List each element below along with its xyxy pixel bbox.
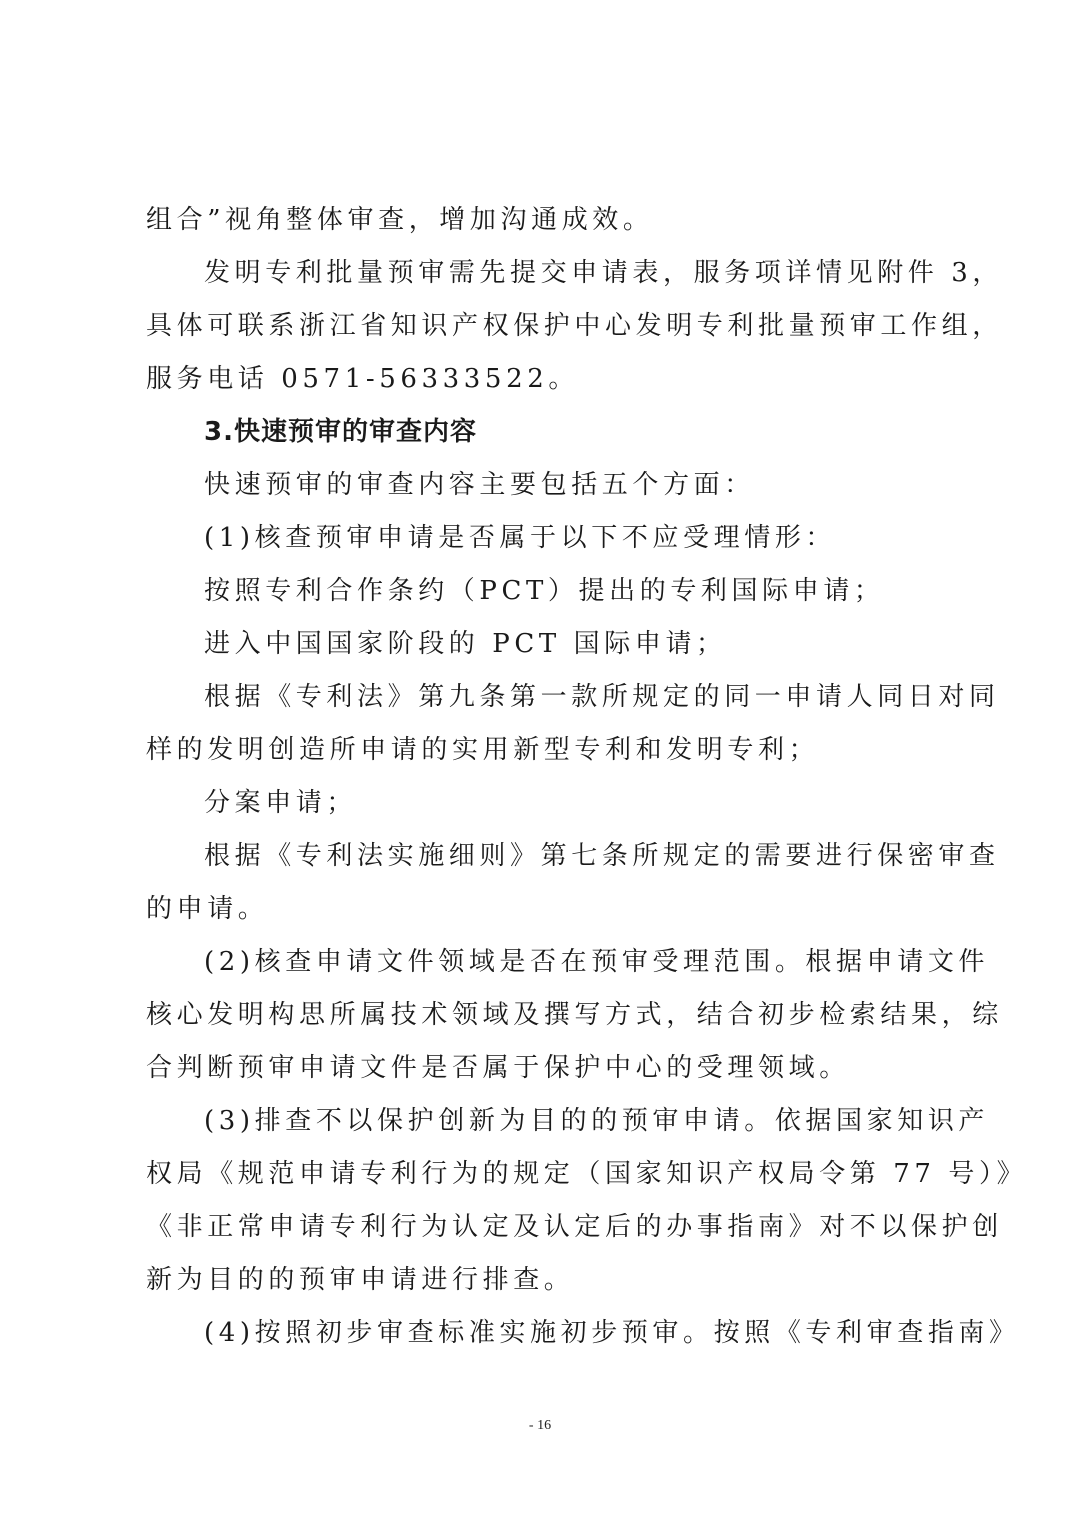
text-line: (1)核查预审申请是否属于以下不应受理情形：: [204, 523, 946, 553]
text-line: 根据《专利法实施细则》第七条所规定的需要进行保密审查: [204, 841, 946, 871]
text-line: 按照专利合作条约（PCT）提出的专利国际申请；: [204, 576, 946, 606]
text-line: (2)核查申请文件领域是否在预审受理范围。根据申请文件: [204, 947, 946, 977]
text-line: (3)排查不以保护创新为目的的预审申请。依据国家知识产: [204, 1106, 946, 1136]
text-line: 核心发明构思所属技术领域及撰写方式，结合初步检索结果，综: [146, 1000, 946, 1030]
text-line: 新为目的的预审申请进行排查。: [146, 1265, 946, 1295]
text-line: 快速预审的审查内容主要包括五个方面：: [204, 470, 946, 500]
text-line: 发明专利批量预审需先提交申请表，服务项详情见附件 3，: [204, 258, 946, 288]
text-line: 权局《规范申请专利行为的规定（国家知识产权局令第 77 号）》: [146, 1159, 946, 1189]
text-line: 分案申请；: [204, 788, 946, 818]
text-line: 的申请。: [146, 894, 946, 924]
document-page: 组合”视角整体审查，增加沟通成效。 发明专利批量预审需先提交申请表，服务项详情见…: [0, 0, 1080, 1527]
text-line: 服务电话 0571-56333522。: [146, 364, 946, 394]
text-line: 进入中国国家阶段的 PCT 国际申请；: [204, 629, 946, 659]
text-line: 组合”视角整体审查，增加沟通成效。: [146, 205, 946, 235]
text-line: 《非正常申请专利行为认定及认定后的办事指南》对不以保护创: [146, 1212, 946, 1242]
text-line: (4)按照初步审查标准实施初步预审。按照《专利审查指南》: [204, 1318, 946, 1348]
section-heading: 3.快速预审的审查内容: [204, 417, 946, 447]
text-line: 样的发明创造所申请的实用新型专利和发明专利；: [146, 735, 946, 765]
page-number: - 16: [0, 1418, 1080, 1434]
text-line: 根据《专利法》第九条第一款所规定的同一申请人同日对同: [204, 682, 946, 712]
text-line: 合判断预审申请文件是否属于保护中心的受理领域。: [146, 1053, 946, 1083]
text-line: 具体可联系浙江省知识产权保护中心发明专利批量预审工作组，: [146, 311, 946, 341]
